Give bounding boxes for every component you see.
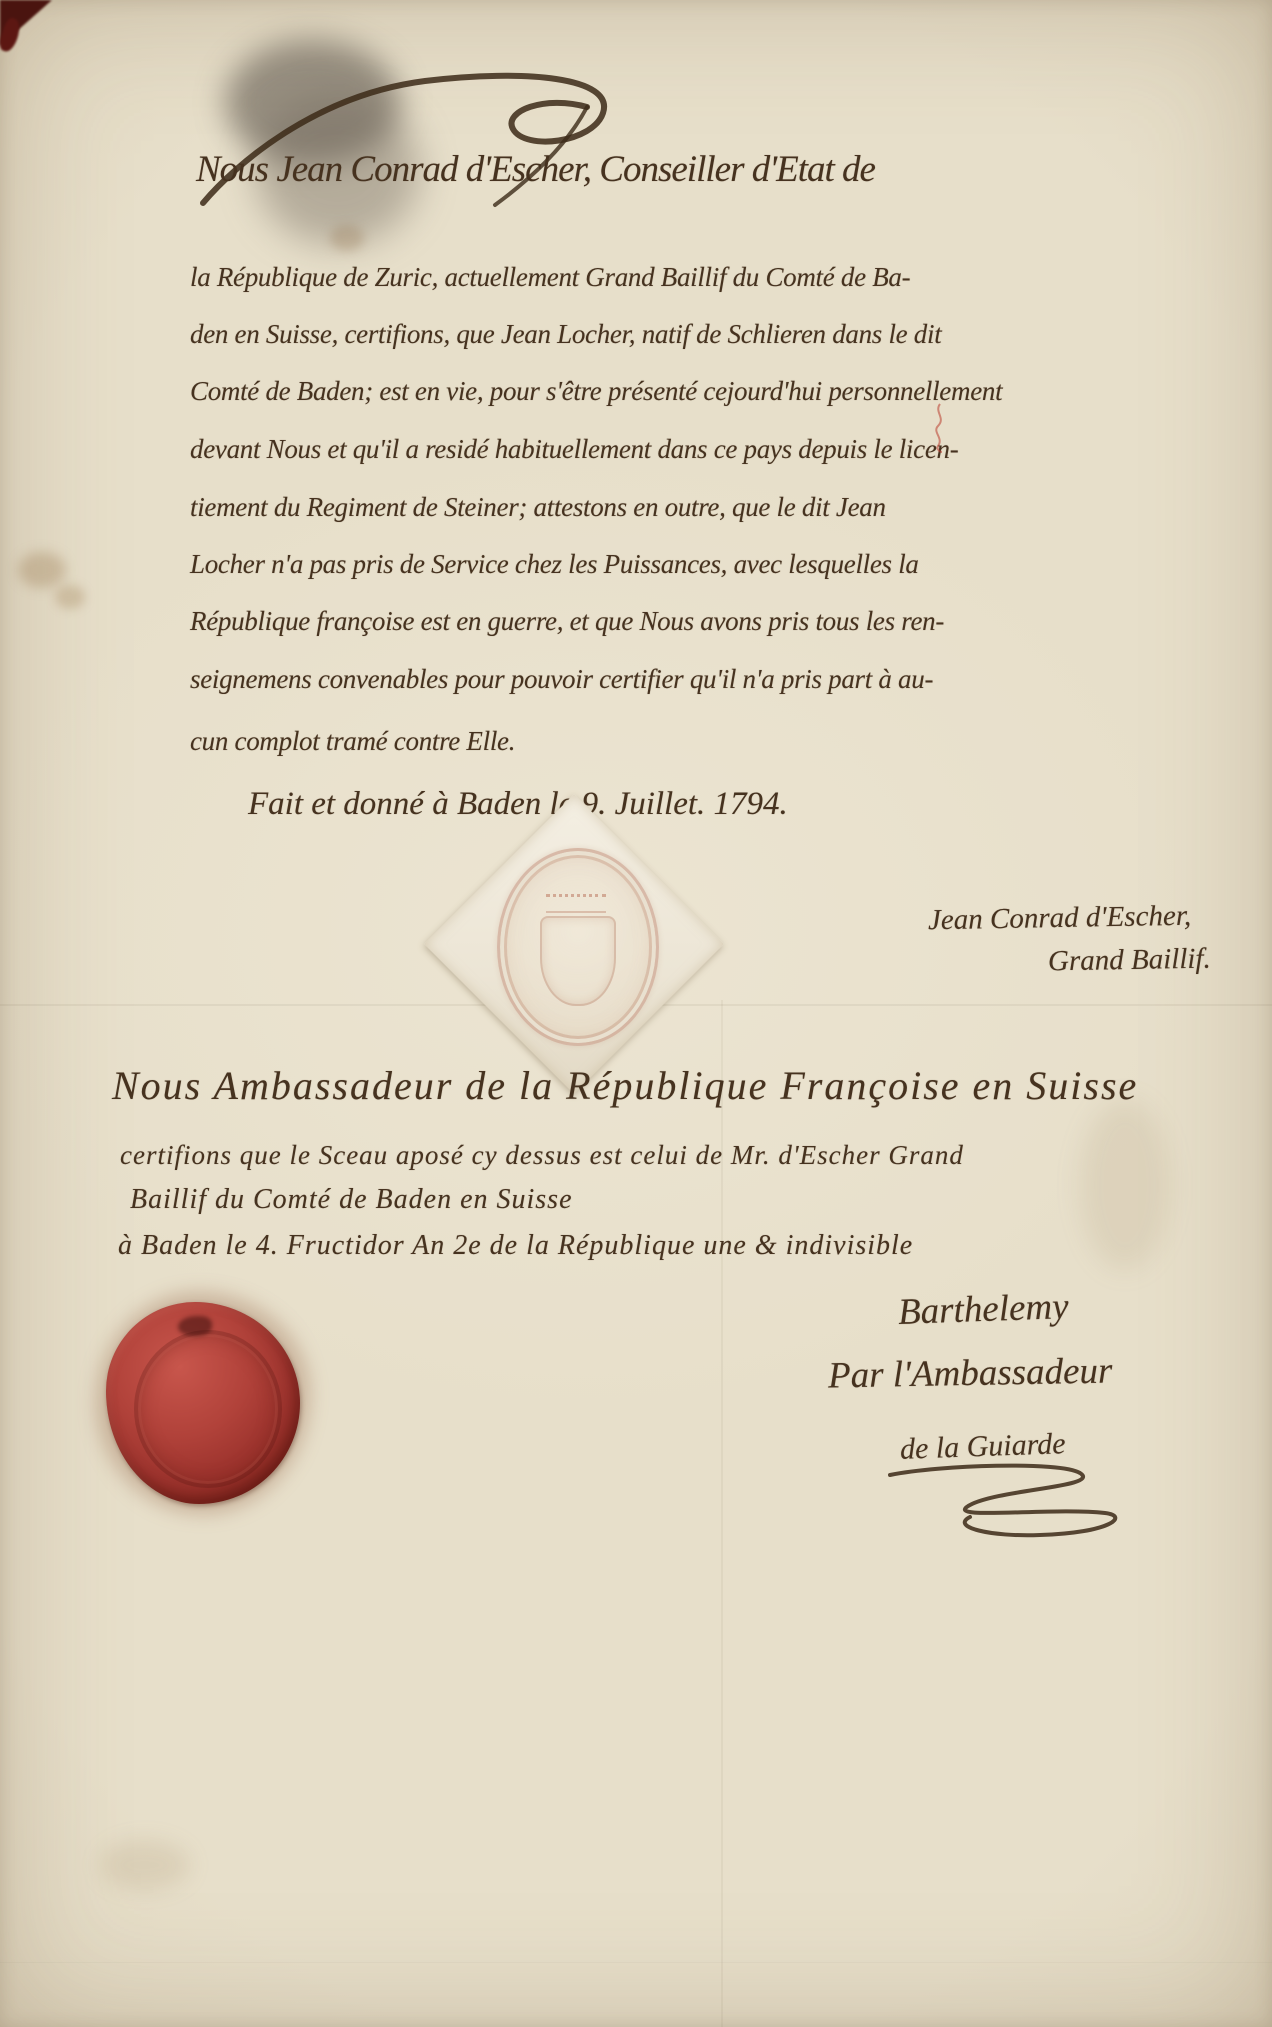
attestation-line: certifions que le Sceau aposé cy dessus … [120,1140,964,1171]
manuscript-line: la République de Zuric, actuellement Gra… [190,262,910,293]
bailiff-signature-title: Grand Baillif. [1048,943,1211,979]
manuscript-line: devant Nous et qu'il a residé habituelle… [190,434,958,465]
manuscript-line: den en Suisse, certifions, que Jean Loch… [190,319,941,350]
signature-flourish [880,1455,1140,1545]
horizontal-fold-line [0,1962,1272,1963]
calligraphic-flourish [195,55,665,215]
ambassador-signature: Barthelemy [897,1285,1069,1334]
foxing-stain [55,585,85,609]
foxing-stain [1080,1100,1170,1270]
foxing-stain [18,552,66,588]
manuscript-line: Locher n'a pas pris de Service chez les … [190,549,919,580]
manuscript-line: Comté de Baden; est en vie, pour s'être … [190,376,1002,407]
attestation-heading: Nous Ambassadeur de la République Franço… [112,1062,1138,1109]
certificate-heading: Nous Jean Conrad d'Escher, Conseiller d'… [196,148,875,191]
seal-emboss-shield [540,916,616,1006]
seal-emboss-crown [546,894,606,913]
manuscript-line: cun complot tramé contre Elle. [190,726,515,757]
attestation-line: Baillif du Comté de Baden en Suisse [130,1184,573,1216]
by-order-line: Par l'Ambassadeur [828,1350,1113,1398]
manuscript-line: tiement du Regiment de Steiner; atteston… [190,492,886,523]
dateline: Fait et donné à Baden le 9. Juillet. 179… [248,786,788,823]
bailiff-signature-name: Jean Conrad d'Escher, [928,900,1192,938]
wax-seal-blotch [178,1316,212,1336]
attestation-line: à Baden le 4. Fructidor An 2e de la Répu… [118,1230,913,1262]
foxing-stain [100,1840,190,1890]
wax-seal-impression [134,1330,282,1488]
manuscript-line: République françoise est en guerre, et q… [190,606,944,637]
manuscript-page: Nous Jean Conrad d'Escher, Conseiller d'… [0,0,1272,2027]
manuscript-line: seignemens convenables pour pouvoir cert… [190,664,933,695]
red-marginalia-mark [928,402,952,454]
foxing-stain [330,225,364,251]
